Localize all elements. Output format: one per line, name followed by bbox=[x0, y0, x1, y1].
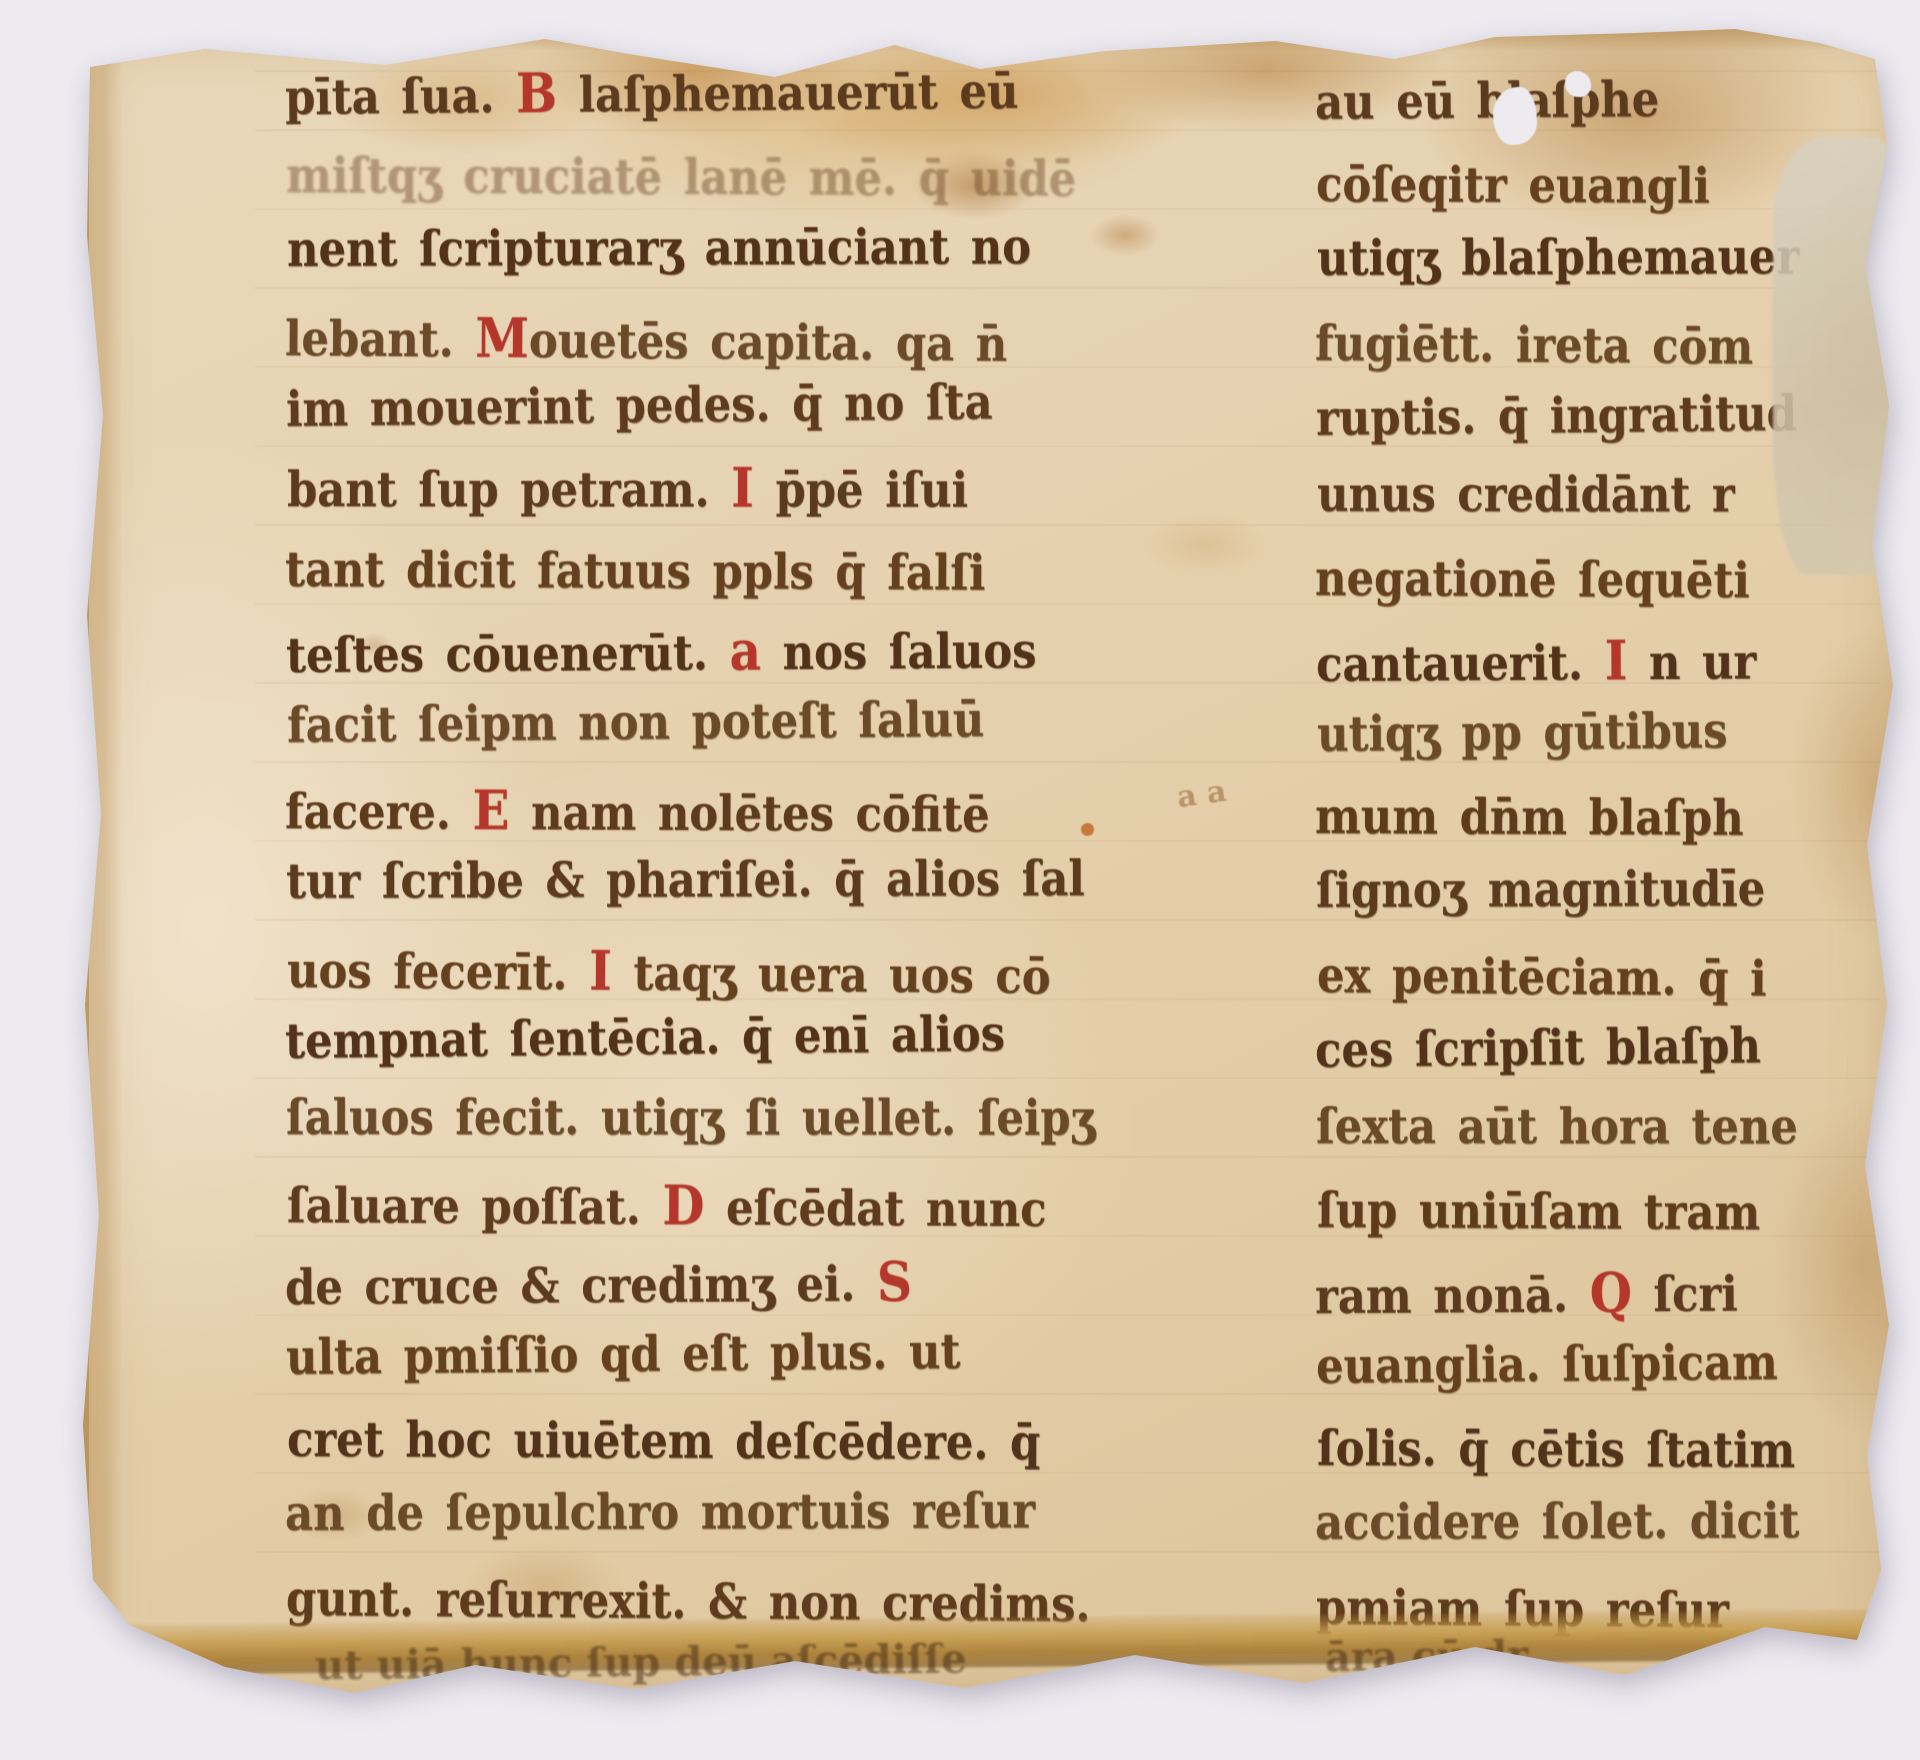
ink-text: ces ſcripſit blaſph bbox=[1315, 1017, 1761, 1079]
text-line: fugiētt. ireta cōm bbox=[1315, 314, 1754, 375]
ink-text: au eū blaſphe bbox=[1315, 70, 1660, 130]
text-line: cantauerit. I n ur bbox=[1316, 629, 1757, 695]
text-line: ram nonā. Q ſcri bbox=[1315, 1261, 1738, 1327]
parchment-leaf: pīta ſua. B laſphemauerūt eūmiſtqʒ cruci… bbox=[75, 25, 1905, 1705]
text-line: cōſeqitr euangli bbox=[1316, 155, 1710, 214]
text-line: ex penitēciam. q̄ i bbox=[1317, 946, 1767, 1007]
ink-text: ſignoʒ magnitudīe bbox=[1316, 860, 1765, 919]
ink-text: negationē ſequēti bbox=[1315, 549, 1750, 609]
text-line: accidere ſolet. dicit bbox=[1315, 1492, 1799, 1551]
ink-spot bbox=[1081, 823, 1094, 836]
photo-backdrop: pīta ſua. B laſphemauerūt eūmiſtqʒ cruci… bbox=[0, 0, 1920, 1760]
text-line: ſexta aūt hora tene bbox=[1316, 1097, 1798, 1155]
ink-text: fugiētt. ireta cōm bbox=[1315, 314, 1754, 375]
gutter-mark: a a bbox=[1175, 774, 1229, 816]
text-line: negationē ſequēti bbox=[1315, 549, 1750, 609]
text-column-right: au eū blaſphecōſeqitr euangliutiqʒ blaſp… bbox=[75, 25, 1905, 1705]
ink-text: cantauerit. bbox=[1316, 634, 1605, 693]
ink-text: ſolis. q̄ cētis ſtatim bbox=[1317, 1419, 1795, 1478]
text-line: ruptis. q̄ ingratitud bbox=[1316, 384, 1797, 446]
rubric-initial: Q bbox=[1589, 1261, 1632, 1325]
ink-text: euanglia. ſuſpicam bbox=[1316, 1333, 1778, 1394]
text-line: utiqʒ pp gūtibus bbox=[1317, 702, 1728, 763]
repair-patch bbox=[1773, 137, 1905, 575]
ink-text: unus credidānt r bbox=[1317, 465, 1735, 523]
ink-text: ſcri bbox=[1632, 1265, 1738, 1323]
parchment-hole-small bbox=[1565, 71, 1591, 97]
text-line: utiqʒ blaſphemauer bbox=[1317, 228, 1799, 287]
text-line: au eū blaſphe bbox=[1315, 70, 1660, 130]
ink-text: ram nonā. bbox=[1315, 1266, 1590, 1325]
ink-text: utiqʒ blaſphemauer bbox=[1317, 228, 1799, 287]
ink-text: n ur bbox=[1627, 633, 1756, 691]
below-fold-text-right: āra cū dr bbox=[1325, 1632, 1529, 1681]
below-fold-text-left: ut uiā hunc ſup deū aſcēdiſſe bbox=[315, 1636, 967, 1690]
manuscript-fragment: pīta ſua. B laſphemauerūt eūmiſtqʒ cruci… bbox=[75, 25, 1905, 1705]
ink-text: mum dn̄m blaſph bbox=[1315, 787, 1744, 846]
ink-text: ſexta aūt hora tene bbox=[1316, 1097, 1798, 1155]
ink-text: ſup uniūſam tram bbox=[1317, 1181, 1760, 1241]
ink-text: ruptis. q̄ ingratitud bbox=[1316, 384, 1797, 446]
text-line: ſup uniūſam tram bbox=[1317, 1181, 1760, 1241]
ink-text: ex penitēciam. q̄ i bbox=[1317, 946, 1767, 1007]
text-line: unus credidānt r bbox=[1317, 465, 1735, 523]
text-line: mum dn̄m blaſph bbox=[1315, 787, 1744, 846]
ink-text: cōſeqitr euangli bbox=[1316, 155, 1710, 214]
rubric-initial: I bbox=[1604, 629, 1627, 693]
text-line: ces ſcripſit blaſph bbox=[1315, 1017, 1761, 1079]
parchment-hole bbox=[1493, 87, 1537, 145]
text-line: ſolis. q̄ cētis ſtatim bbox=[1317, 1419, 1795, 1478]
ink-text: utiqʒ pp gūtibus bbox=[1317, 702, 1728, 763]
text-line: ſignoʒ magnitudīe bbox=[1316, 860, 1765, 919]
text-line: euanglia. ſuſpicam bbox=[1316, 1333, 1778, 1394]
ink-text: accidere ſolet. dicit bbox=[1315, 1492, 1799, 1551]
